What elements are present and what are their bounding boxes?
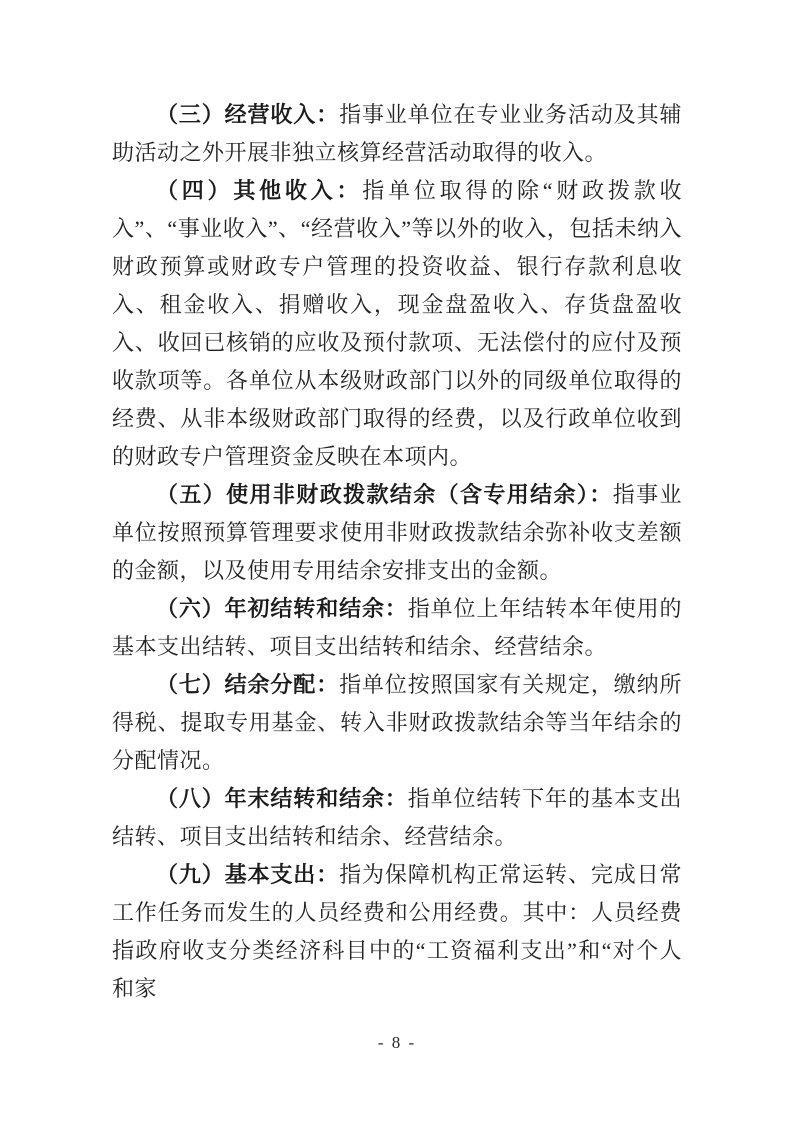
paragraph: （四）其他收入：指单位取得的除“财政拨款收入”、“事业收入”、“经营收入”等以外… (112, 172, 682, 476)
paragraph-heading: （三）经营收入： (156, 102, 339, 127)
document-body: （三）经营收入：指事业单位在专业业务活动及其辅助活动之外开展非独立核算经营活动取… (112, 96, 682, 1008)
paragraph: （七）结余分配：指单位按照国家有关规定，缴纳所得税、提取专用基金、转入非财政拨款… (112, 666, 682, 780)
paragraph-heading: （四）其他收入： (156, 178, 362, 203)
paragraph-heading: （九）基本支出： (156, 862, 339, 887)
paragraph: （五）使用非财政拨款结余（含专用结余）：指事业单位按照预算管理要求使用非财政拨款… (112, 476, 682, 590)
paragraph-heading: （六）年初结转和结余： (156, 596, 408, 621)
document-page: （三）经营收入：指事业单位在专业业务活动及其辅助活动之外开展非独立核算经营活动取… (0, 0, 794, 1123)
paragraph-body: 指单位取得的除“财政拨款收入”、“事业收入”、“经营收入”等以外的收入，包括未纳… (112, 178, 682, 469)
paragraph: （六）年初结转和结余：指单位上年结转本年使用的基本支出结转、项目支出结转和结余、… (112, 590, 682, 666)
page-number: - 8 - (0, 1033, 794, 1053)
paragraph: （九）基本支出：指为保障机构正常运转、完成日常工作任务而发生的人员经费和公用经费… (112, 856, 682, 1008)
paragraph: （八）年末结转和结余：指单位结转下年的基本支出结转、项目支出结转和结余、经营结余… (112, 780, 682, 856)
paragraph-heading: （八）年末结转和结余： (156, 786, 408, 811)
paragraph: （三）经营收入：指事业单位在专业业务活动及其辅助活动之外开展非独立核算经营活动取… (112, 96, 682, 172)
paragraph-heading: （五）使用非财政拨款结余（含专用结余）： (156, 482, 613, 507)
paragraph-heading: （七）结余分配： (156, 672, 339, 697)
